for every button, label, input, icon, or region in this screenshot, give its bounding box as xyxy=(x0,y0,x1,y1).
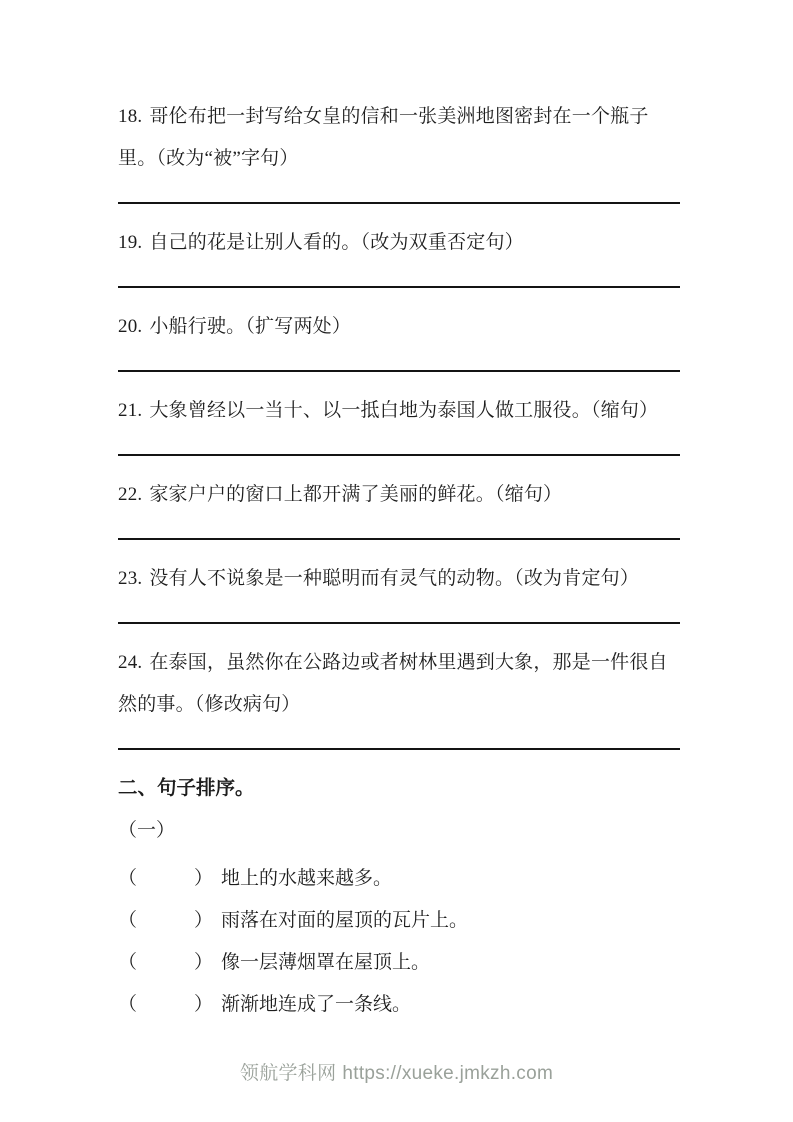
sentence-ordering-list: （ ）地上的水越来越多。 （ ）雨落在对面的屋顶的瓦片上。 （ ）像一层薄烟罩在… xyxy=(118,858,680,1026)
order-item: （ ）渐渐地连成了一条线。 xyxy=(118,984,680,1026)
order-item: （ ）雨落在对面的屋顶的瓦片上。 xyxy=(118,900,680,942)
question-text: 小船行驶。（扩写两处） xyxy=(149,316,351,337)
answer-line xyxy=(118,622,680,624)
order-sentence: 像一层薄烟罩在屋顶上。 xyxy=(221,952,430,973)
worksheet-page: 18.哥伦布把一封写给女皇的信和一张美洲地图密封在一个瓶子里。（改为“被”字句）… xyxy=(0,0,793,1122)
question-item: 24.在泰国，虽然你在公路边或者树林里遇到大象，那是一件很自然的事。（修改病句） xyxy=(118,642,680,726)
order-blank: （ ） xyxy=(118,868,213,889)
question-number: 19. xyxy=(118,232,142,253)
question-item: 19.自己的花是让别人看的。（改为双重否定句） xyxy=(118,222,680,264)
question-number: 24. xyxy=(118,652,142,673)
answer-line xyxy=(118,370,680,372)
answer-line xyxy=(118,202,680,204)
order-sentence: 渐渐地连成了一条线。 xyxy=(221,994,411,1015)
question-text: 家家户户的窗口上都开满了美丽的鲜花。（缩句） xyxy=(149,484,562,505)
question-text: 大象曾经以一当十、以一抵白地为泰国人做工服役。（缩句） xyxy=(149,400,658,421)
section-two-group-label: （一） xyxy=(118,810,680,852)
section-two-heading: 二、句子排序。 xyxy=(118,768,680,810)
order-blank: （ ） xyxy=(118,994,213,1015)
question-number: 23. xyxy=(118,568,142,589)
question-text: 在泰国，虽然你在公路边或者树林里遇到大象，那是一件很自然的事。（修改病句） xyxy=(118,652,668,715)
question-text: 没有人不说象是一种聪明而有灵气的动物。（改为肯定句） xyxy=(149,568,639,589)
answer-line xyxy=(118,286,680,288)
order-sentence: 地上的水越来越多。 xyxy=(221,868,392,889)
footer-url: https://xueke.jmkzh.com xyxy=(342,1063,553,1084)
question-item: 18.哥伦布把一封写给女皇的信和一张美洲地图密封在一个瓶子里。（改为“被”字句） xyxy=(118,96,680,180)
question-number: 22. xyxy=(118,484,142,505)
answer-line xyxy=(118,538,680,540)
footer-site-name: 领航学科网 xyxy=(240,1063,337,1084)
question-text: 自己的花是让别人看的。（改为双重否定句） xyxy=(149,232,524,253)
worksheet-content: 18.哥伦布把一封写给女皇的信和一张美洲地图密封在一个瓶子里。（改为“被”字句）… xyxy=(118,96,680,1026)
order-blank: （ ） xyxy=(118,952,213,973)
order-sentence: 雨落在对面的屋顶的瓦片上。 xyxy=(221,910,468,931)
question-item: 22.家家户户的窗口上都开满了美丽的鲜花。（缩句） xyxy=(118,474,680,516)
order-item: （ ）像一层薄烟罩在屋顶上。 xyxy=(118,942,680,984)
answer-line xyxy=(118,748,680,750)
question-number: 18. xyxy=(118,106,142,127)
order-blank: （ ） xyxy=(118,910,213,931)
answer-line xyxy=(118,454,680,456)
question-text: 哥伦布把一封写给女皇的信和一张美洲地图密封在一个瓶子里。（改为“被”字句） xyxy=(118,106,649,169)
question-number: 20. xyxy=(118,316,142,337)
order-item: （ ）地上的水越来越多。 xyxy=(118,858,680,900)
question-item: 21.大象曾经以一当十、以一抵白地为泰国人做工服役。（缩句） xyxy=(118,390,680,432)
question-item: 23.没有人不说象是一种聪明而有灵气的动物。（改为肯定句） xyxy=(118,558,680,600)
question-number: 21. xyxy=(118,400,142,421)
question-item: 20.小船行驶。（扩写两处） xyxy=(118,306,680,348)
watermark-footer: 领航学科网https://xueke.jmkzh.com xyxy=(0,1058,793,1085)
